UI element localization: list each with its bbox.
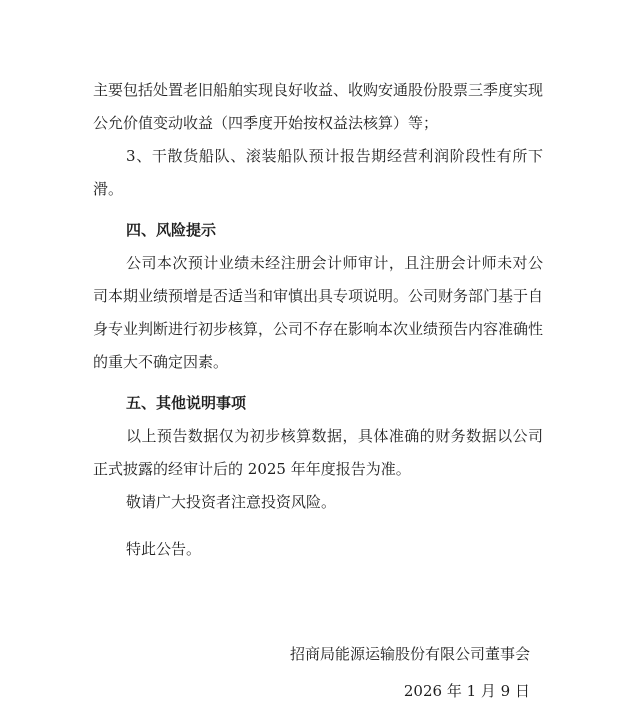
- document-page: 主要包括处置老旧船舶实现良好收益、收购安通股份股票三季度实现公允价值变动收益（四…: [0, 0, 634, 724]
- body-paragraph-continuation: 主要包括处置老旧船舶实现良好收益、收购安通股份股票三季度实现公允价值变动收益（四…: [93, 74, 543, 140]
- closing-line: 特此公告。: [93, 533, 543, 566]
- investor-notice-line: 敬请广大投资者注意投资风险。: [93, 486, 543, 519]
- other-notes-paragraph: 以上预告数据仅为初步核算数据，具体准确的财务数据以公司正式披露的经审计后的 20…: [93, 420, 543, 486]
- risk-paragraph: 公司本次预计业绩未经注册会计师审计，且注册会计师未对公司本期业绩预增是否适当和审…: [93, 247, 543, 379]
- date-line: 2026 年 1 月 9 日: [93, 675, 543, 708]
- section-heading-risk: 四、风险提示: [93, 214, 543, 247]
- list-item-3: 3、干散货船队、滚装船队预计报告期经营利润阶段性有所下滑。: [93, 140, 543, 206]
- section-heading-other: 五、其他说明事项: [93, 387, 543, 420]
- signature-line: 招商局能源运输股份有限公司董事会: [93, 638, 543, 671]
